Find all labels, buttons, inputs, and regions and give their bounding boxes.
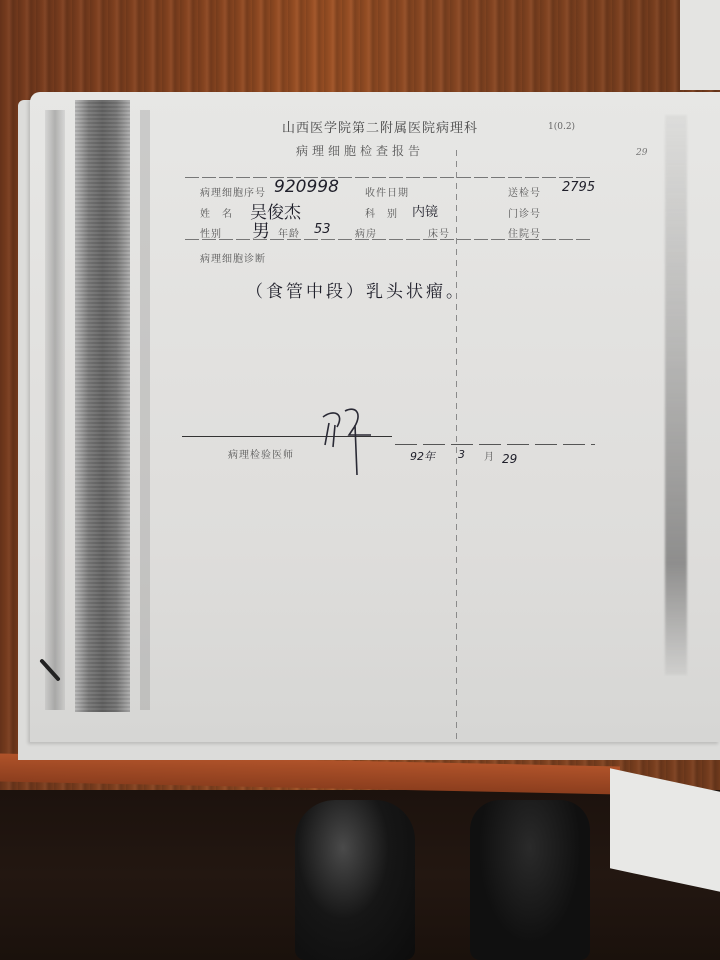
age-label: 年龄 (278, 225, 300, 240)
inpatient-no-label: 住院号 (508, 225, 541, 240)
diagnosis-text: （食管中段）乳头状瘤。 (246, 277, 466, 302)
form-number: 1(0.2) (548, 122, 575, 132)
pathology-no-value: 920998 (274, 177, 339, 197)
physician-label: 病理检验医师 (228, 446, 294, 461)
report-year: 92年 (410, 448, 435, 464)
age-value: 53 (314, 222, 331, 237)
sex-value: 男 (252, 217, 270, 243)
sex-label: 性别 (200, 225, 222, 240)
date-line (395, 444, 595, 445)
bed-label: 床号 (428, 225, 450, 240)
institution-title: 山西医学院第二附属医院病理科 (282, 117, 478, 136)
month-label: 月 (484, 448, 495, 463)
pathology-no-label: 病理细胞序号 (200, 184, 266, 199)
physician-signature (315, 405, 375, 475)
report-month: 3 (458, 448, 465, 461)
photocopy-streak (75, 100, 130, 712)
photocopy-streak (140, 110, 150, 710)
shoe (470, 800, 590, 960)
name-label: 姓 名 (200, 205, 233, 220)
shoe (295, 800, 415, 960)
report-day: 29 (502, 452, 517, 466)
photocopy-streak (665, 115, 687, 675)
submission-no-value: 2795 (562, 180, 595, 195)
background-paper-corner (680, 0, 720, 90)
photocopy-streak (45, 110, 65, 710)
table-top-rule (185, 177, 590, 178)
department-label: 科 别 (365, 205, 398, 220)
report-title: 病理细胞检查报告 (296, 142, 424, 159)
department-value: 内镜 (412, 201, 438, 220)
outpatient-no-label: 门诊号 (508, 205, 541, 220)
margin-note: 29 (636, 148, 647, 158)
received-date-label: 收件日期 (365, 184, 409, 199)
submission-no-label: 送检号 (508, 184, 541, 199)
ward-label: 病房 (355, 225, 377, 240)
diagnosis-label: 病理细胞诊断 (200, 250, 266, 265)
